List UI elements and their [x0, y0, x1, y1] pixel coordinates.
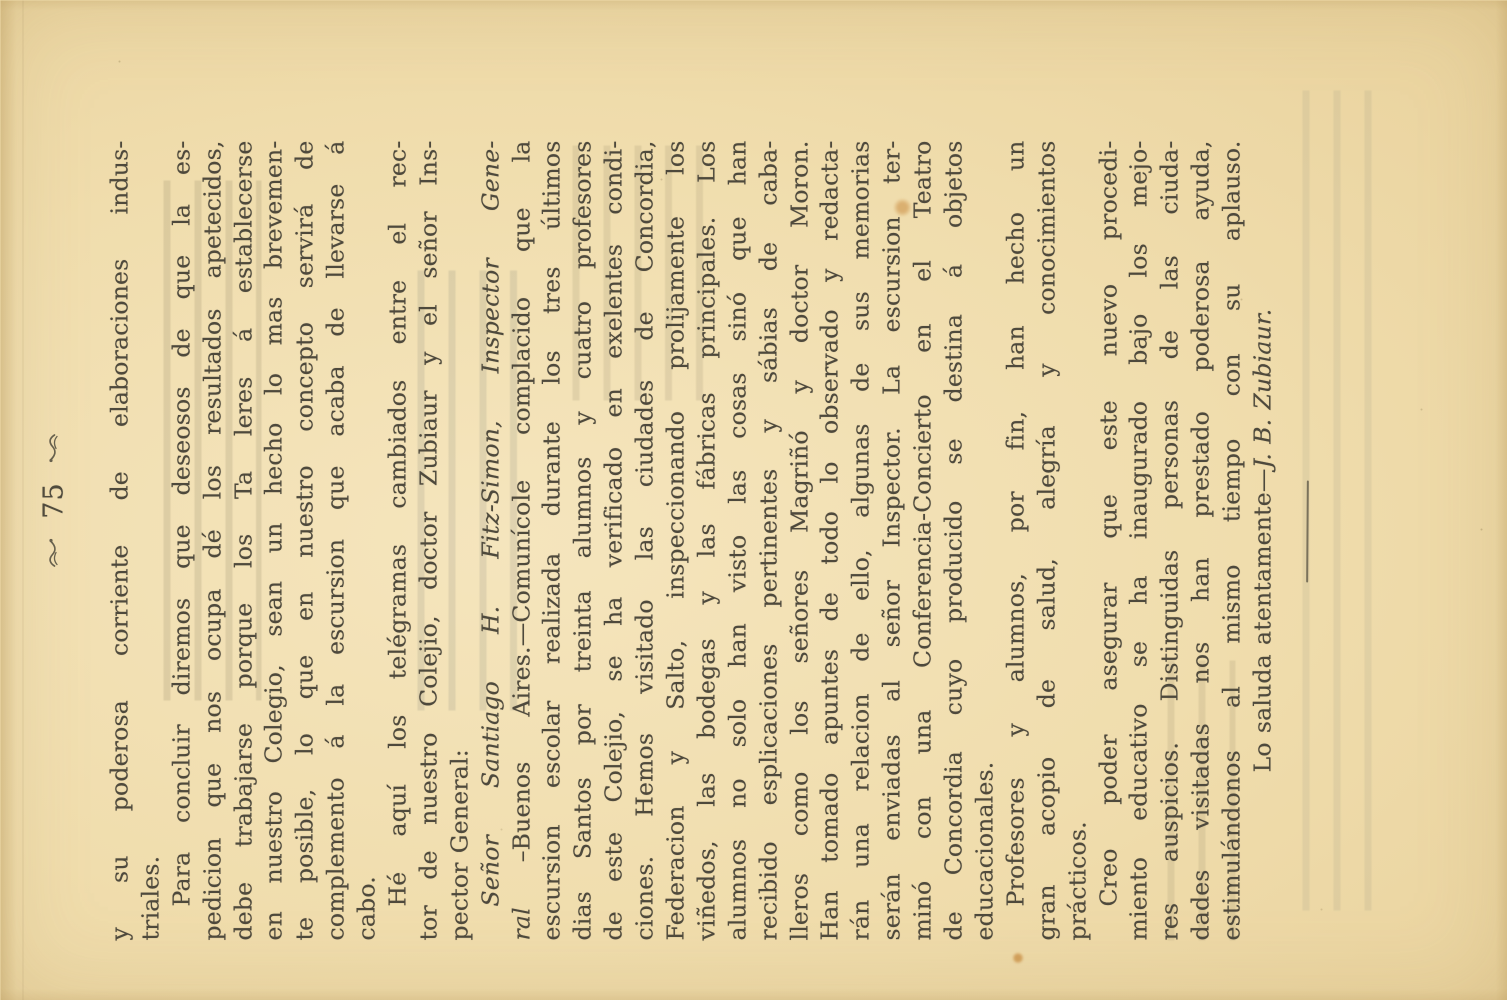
text-segment: –Buenos Aires.—Comunícole complacido que… — [507, 140, 535, 907]
text-line-16: dias Santos por treinta alumnos y cuatro… — [567, 140, 598, 940]
text-line-4: pedicion que nos ocupa dé los resultados… — [197, 140, 228, 940]
text-segment: estimulándonos al mismo tiempo con su ap… — [1217, 140, 1245, 940]
text-line-7: te posible, lo que en nuestro concepto s… — [289, 140, 320, 940]
text-segment: educacionales. — [970, 761, 998, 940]
text-segment: complemento á la escursion que acaba de … — [321, 140, 349, 940]
text-line-6: en nuestro Colegio, sean un hecho lo mas… — [258, 140, 289, 940]
text-segment: triales. — [136, 855, 164, 940]
text-segment: pector General: — [445, 749, 473, 940]
text-line-30: Profesores y alumnos, por fin, han hecho… — [1000, 140, 1031, 940]
text-line-27: minó con una Conferencia-Concierto en el… — [907, 140, 938, 940]
text-line-26: serán enviadas al señor Inspector. La es… — [876, 140, 907, 940]
text-segment: y su poderosa corriente de elaboraciones… — [105, 140, 133, 940]
text-segment: Para concluir diremos que deseosos de qu… — [167, 140, 195, 906]
text-line-9: cabo. — [351, 140, 382, 940]
text-line-24: Han tomado apuntes de todo lo observado … — [814, 140, 845, 940]
page-edge-crease — [22, 0, 23, 1000]
text-segment: de Concordia cuyo producido se destina á… — [939, 140, 967, 940]
paper-speckles — [1480, 528, 1482, 530]
book-page: 75 y su poderosa corriente de elaboracio… — [0, 0, 1507, 1000]
text-line-35: res auspicios. Distinguidas personas de … — [1154, 140, 1185, 940]
text-line-29: educacionales. — [969, 140, 1000, 940]
text-segment: minó con una Conferencia-Concierto en el… — [908, 140, 936, 940]
text-segment: debe trabajarse porque los Ta leres á es… — [229, 140, 257, 940]
text-segment: lleros como los señores Magriñó y doctor… — [785, 140, 813, 940]
text-segment: pedicion que nos ocupa dé los resultados… — [198, 140, 226, 940]
text-line-11: tor de nuestro Colejio, doctor Zubiaur y… — [413, 140, 444, 940]
text-segment: recibido esplicaciones pertinentes y sáb… — [754, 140, 782, 940]
text-segment: dades visitadas nos han prestado poderos… — [1186, 140, 1214, 940]
text-segment: rán una relacion de ello, algunas de sus… — [846, 140, 874, 940]
text-line-37: estimulándonos al mismo tiempo con su ap… — [1216, 140, 1247, 940]
text-line-15: escursion escolar realizada durante los … — [536, 140, 567, 940]
text-line-23: lleros como los señores Magriñó y doctor… — [784, 140, 815, 940]
text-line-1: y su poderosa corriente de elaboraciones… — [104, 140, 135, 940]
text-line-33: Creo poder asegurar que este nuevo proce… — [1093, 140, 1124, 940]
text-line-32: prácticos. — [1062, 140, 1093, 940]
text-segment: tor de nuestro Colejio, doctor Zubiaur y… — [414, 140, 442, 940]
text-line-21: alumnos no solo han visto las cosas sinó… — [722, 140, 753, 940]
text-line-34: miento educativo se ha inaugurado bajo l… — [1123, 140, 1154, 940]
text-line-17: de este Colejio, se ha verificado en exe… — [598, 140, 629, 940]
text-segment: Profesores y alumnos, por fin, han hecho… — [1001, 140, 1029, 906]
section-end-rule — [1306, 480, 1309, 582]
text-segment: alumnos no solo han visto las cosas sinó… — [723, 140, 751, 940]
text-segment: Federacion y Salto, inspeccionando proli… — [661, 140, 689, 940]
page-number: 75 — [38, 469, 69, 531]
text-line-22: recibido esplicaciones pertinentes y sáb… — [753, 140, 784, 940]
text-segment: prácticos. — [1063, 821, 1091, 940]
text-line-18: ciones. Hemos visitado las ciudades de C… — [629, 140, 660, 940]
text-segment: cabo. — [352, 876, 380, 940]
text-segment: res auspicios. Distinguidas personas de … — [1155, 140, 1183, 940]
text-segment: escursion escolar realizada durante los … — [537, 140, 565, 940]
text-segment-italic: Señor Santiago H. Fitz-Simon, Inspector … — [476, 140, 504, 906]
text-line-20: viñedos, las bodegas y las fábricas prin… — [691, 140, 722, 940]
text-segment-italic: ral — [507, 907, 535, 940]
text-segment: te posible, lo que en nuestro concepto s… — [290, 140, 318, 940]
page-header: 75 — [38, 0, 69, 1000]
show-through-smudge — [1285, 90, 1390, 910]
text-segment: miento educativo se ha inaugurado bajo l… — [1124, 140, 1152, 940]
text-line-3: Para concluir diremos que deseosos de qu… — [166, 140, 197, 940]
text-segment: en nuestro Colegio, sean un hecho lo mas… — [259, 140, 287, 940]
text-line-25: rán una relacion de ello, algunas de sus… — [845, 140, 876, 940]
page-text: y su poderosa corriente de elaboraciones… — [104, 140, 1278, 940]
text-segment: ciones. Hemos visitado las ciudades de C… — [630, 140, 658, 940]
text-segment: de este Colejio, se ha verificado en exe… — [599, 140, 627, 940]
text-segment: gran acopio de salud, alegría y conocimi… — [1032, 140, 1060, 940]
text-line-5: debe trabajarse porque los Ta leres á es… — [228, 140, 259, 940]
text-line-10: Hé aquí los telégramas cambiados entre e… — [382, 140, 413, 940]
ornament-left-icon — [44, 537, 63, 567]
text-line-13: Señor Santiago H. Fitz-Simon, Inspector … — [475, 140, 506, 940]
text-line-8: complemento á la escursion que acaba de … — [320, 140, 351, 940]
text-segment: Creo poder asegurar que este nuevo proce… — [1094, 140, 1122, 906]
text-line-12: pector General: — [444, 140, 475, 940]
scanned-book-page-view: 75 y su poderosa corriente de elaboracio… — [0, 0, 1507, 1000]
text-segment: viñedos, las bodegas y las fábricas prin… — [692, 140, 720, 940]
text-line-31: gran acopio de salud, alegría y conocimi… — [1031, 140, 1062, 940]
text-segment: Han tomado apuntes de todo lo observado … — [815, 140, 843, 940]
ink-stain — [1012, 952, 1023, 963]
text-segment-italic: J. B. Zubiaur. — [1248, 308, 1276, 468]
ornament-right-icon — [44, 433, 63, 463]
text-line-14: ral –Buenos Aires.—Comunícole complacido… — [506, 140, 537, 940]
text-segment: Lo saluda atentamente— — [1248, 468, 1276, 772]
text-line-36: dades visitadas nos han prestado poderos… — [1185, 140, 1216, 940]
text-segment: serán enviadas al señor Inspector. La es… — [877, 140, 905, 940]
text-segment: Hé aquí los telégramas cambiados entre e… — [383, 140, 411, 906]
text-line-38: Lo saluda atentamente—J. B. Zubiaur. — [1247, 140, 1278, 940]
text-line-28: de Concordia cuyo producido se destina á… — [938, 140, 969, 940]
text-line-2: triales. — [135, 140, 166, 940]
text-segment: dias Santos por treinta alumnos y cuatro… — [568, 140, 596, 940]
text-line-19: Federacion y Salto, inspeccionando proli… — [660, 140, 691, 940]
